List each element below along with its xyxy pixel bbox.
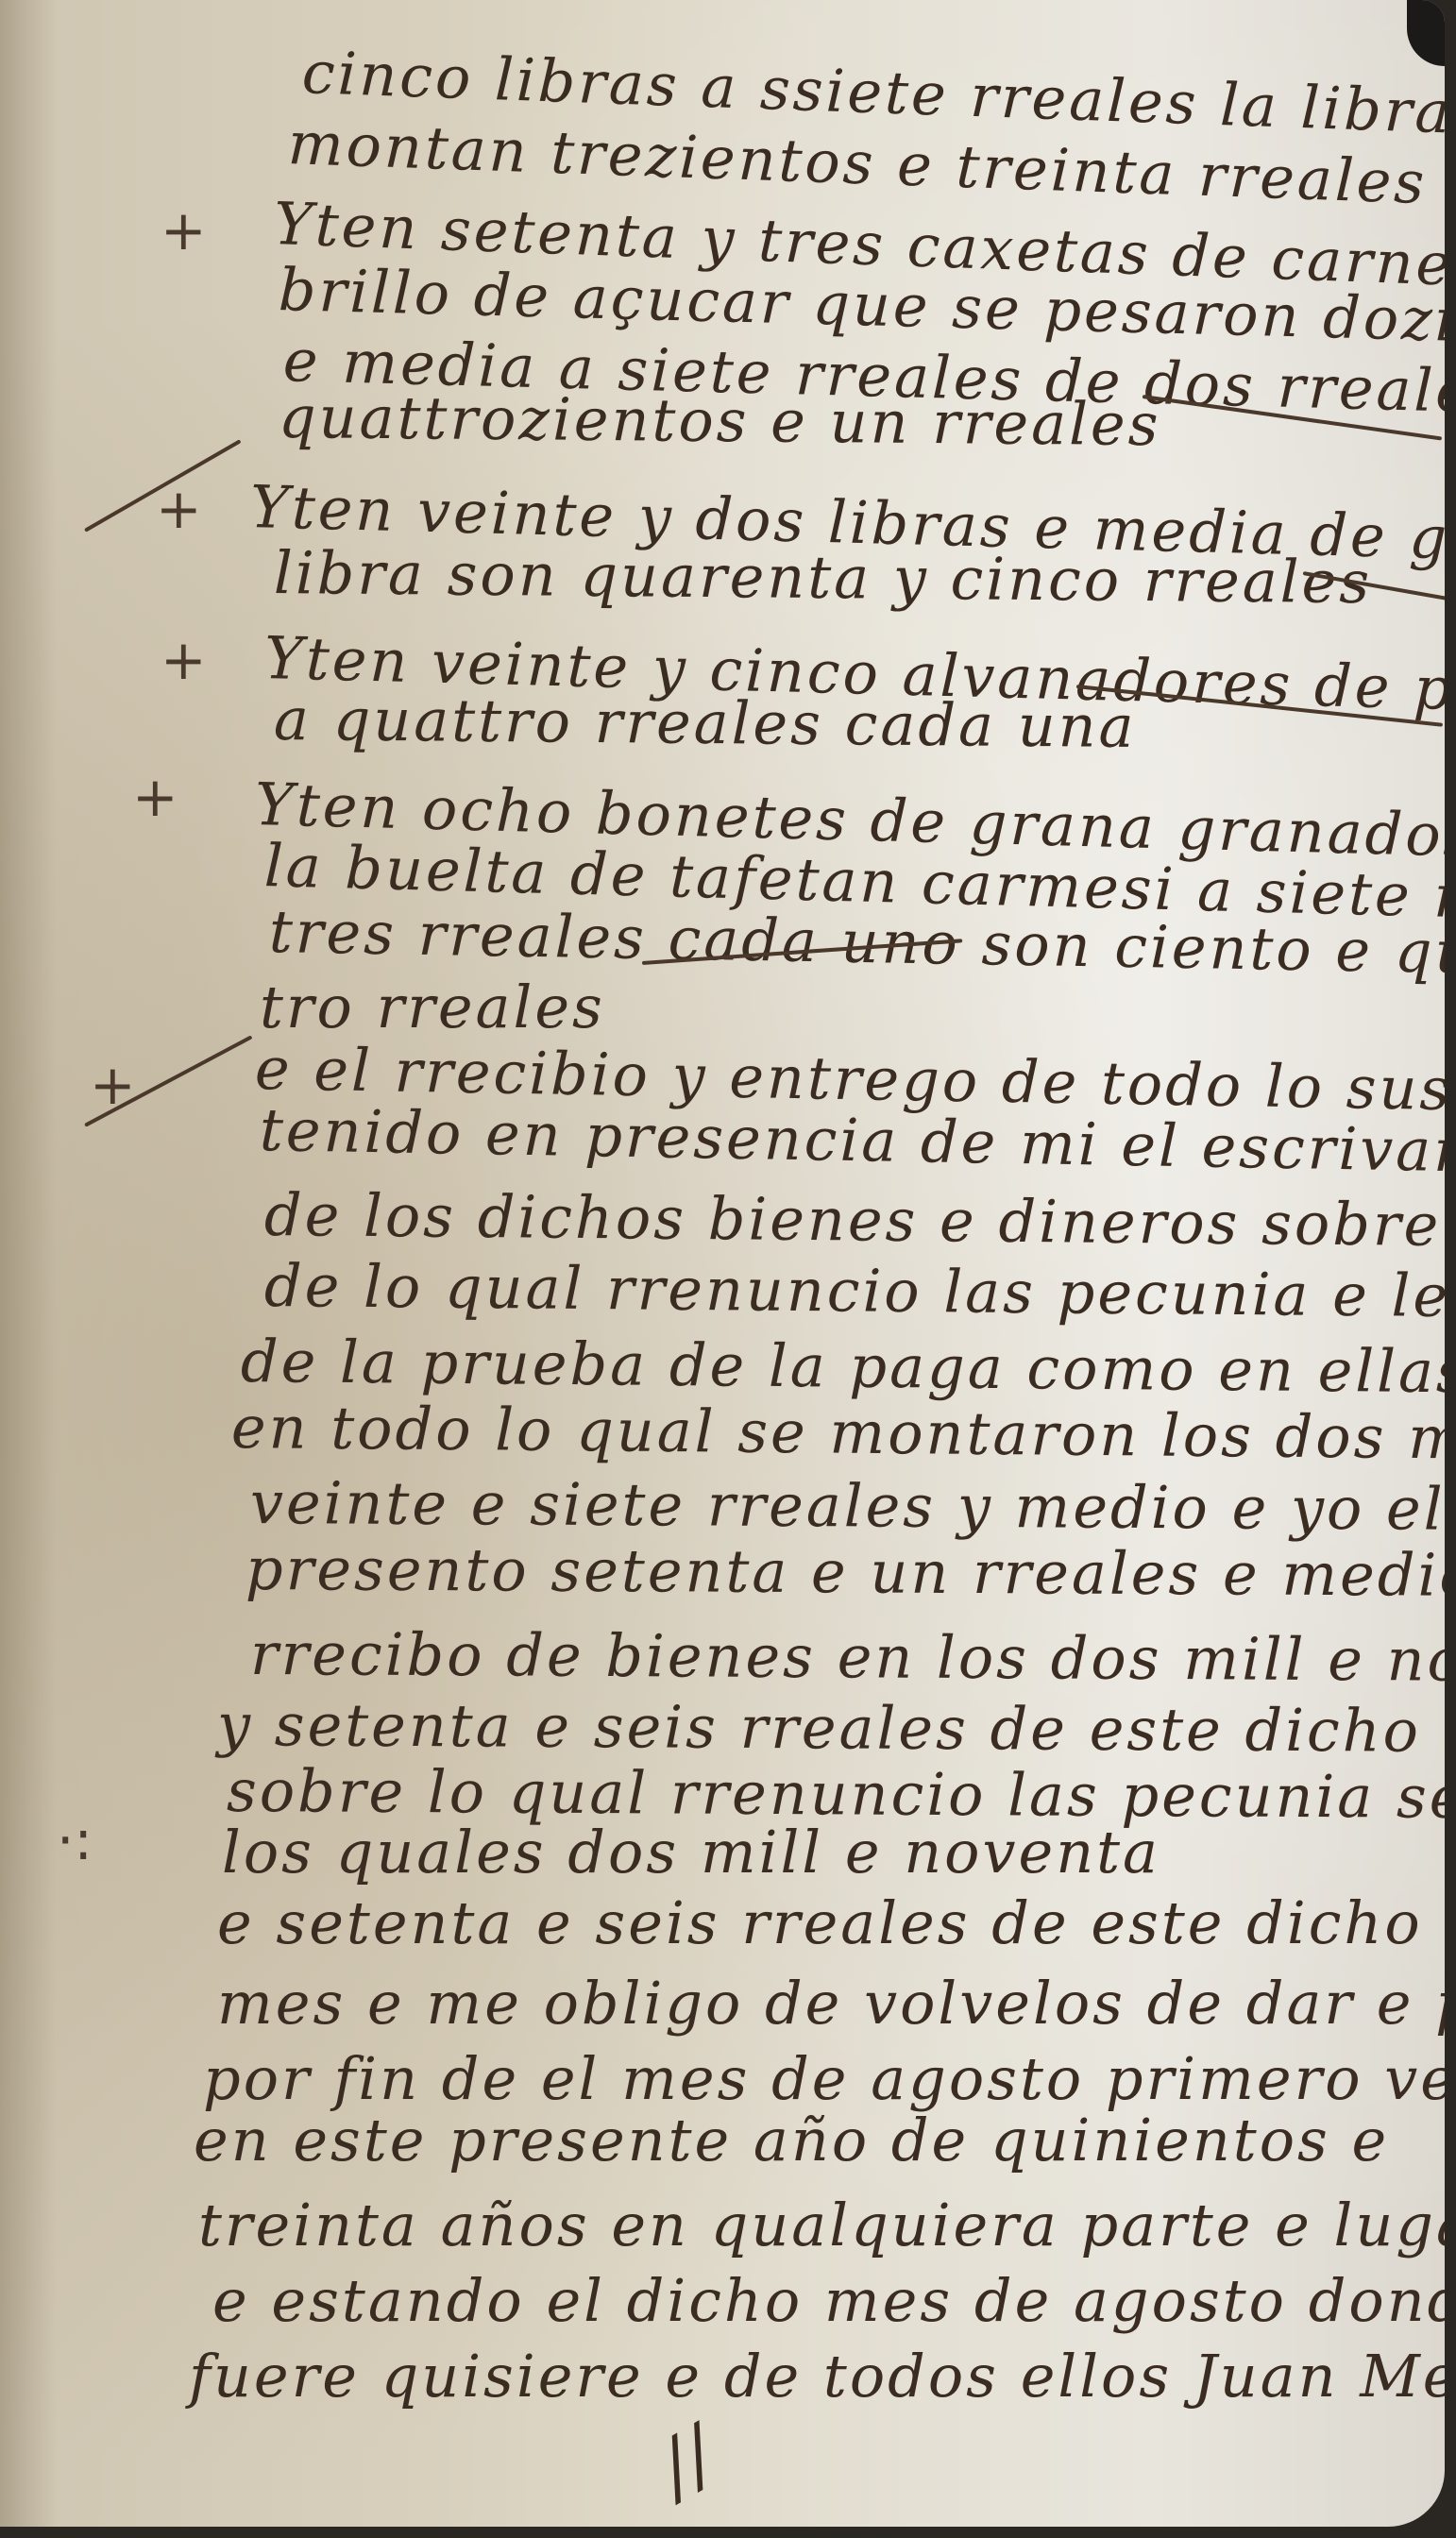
- text-line: veinte e siete rreales y medio e yo el d…: [250, 1468, 1445, 1545]
- text-line: treinta años en qualquiera parte e lugar: [198, 2191, 1445, 2259]
- manuscript-page: cinco libras a ssiete rreales la libra d…: [0, 0, 1445, 2527]
- text-line: libra son quarenta y cinco rreales: [274, 538, 1373, 617]
- text-line: mes e me obligo de volvelos de dar e pag…: [217, 1969, 1445, 2038]
- text-line: e setenta e seis rreales de este dicho: [217, 1888, 1423, 1957]
- text-line: fuere quisiere e de todos ellos Juan Mex…: [189, 2342, 1445, 2411]
- text-line: tro rreales: [260, 973, 605, 1041]
- text-line: a quattro rreales cada una: [274, 685, 1137, 761]
- text-line: rrecibo de bienes en los dos mill e nove…: [250, 1619, 1445, 1696]
- text-line: e estando el dicho mes de agosto donde y…: [212, 2266, 1445, 2335]
- text-line: quattrozientos e un rreales: [279, 382, 1161, 459]
- text-line: en este presente año de quinientos e: [194, 2106, 1389, 2174]
- margin-cross-mark: +: [161, 628, 207, 692]
- text-line: los quales dos mill e noventa: [222, 1818, 1160, 1887]
- margin-cross-mark: +: [161, 198, 207, 262]
- text-line: de los dichos bienes e dineros sobre el …: [264, 1180, 1445, 1262]
- text-line: de lo qual rrenuncio las pecunia e leyes: [264, 1251, 1445, 1331]
- manuscript-text-block: cinco libras a ssiete rreales la libra d…: [0, 0, 1445, 2527]
- text-line: por fin de el mes de agosto primero veni: [203, 2044, 1445, 2113]
- text-line: y setenta e seis rreales de este dicho: [217, 1690, 1421, 1766]
- margin-cross-mark: +: [132, 765, 178, 829]
- text-line: en todo lo qual se montaron los dos mill…: [231, 1393, 1445, 1474]
- margin-dots-mark: ·:: [57, 1808, 93, 1872]
- text-line: presento setenta e un rreales e medio qu…: [245, 1534, 1445, 1611]
